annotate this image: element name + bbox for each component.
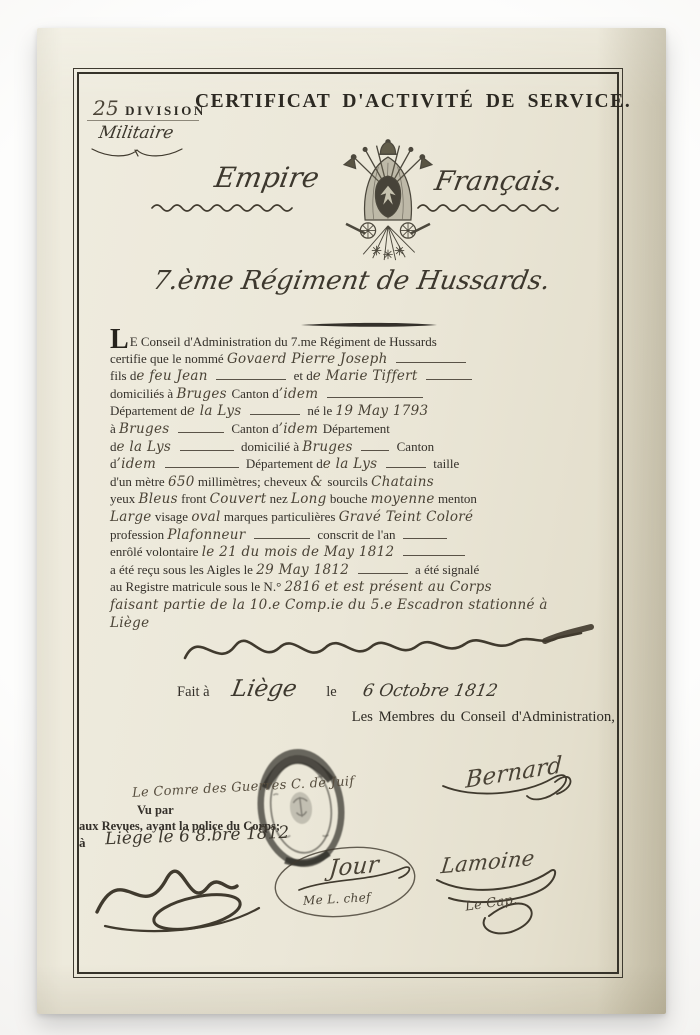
body-line: faisant partie de la 10.e Comp.ie du 5.e… <box>110 597 598 615</box>
tapered-divider-rule <box>299 321 439 329</box>
printed-form-text: né le <box>304 403 335 418</box>
blank-rule <box>386 456 426 468</box>
body-line: LE Conseil d'Administration du 7.me Régi… <box>110 333 598 351</box>
handwritten-entry: Bruges <box>176 386 231 402</box>
printed-form-text: enrôlé volontaire <box>110 544 202 559</box>
fait-a-line: Fait à Liège le 6 Octobre 1812 <box>177 676 497 702</box>
squiggle-underline-left <box>149 200 299 212</box>
empire-word: Empire <box>212 161 322 194</box>
handwritten-entry: 650 <box>168 474 195 490</box>
handwritten-entry: 19 May 1793 <box>336 403 429 419</box>
handwritten-entry: e feu Jean <box>136 368 212 384</box>
handwritten-entry: Bleus <box>139 491 178 507</box>
handwritten-entry: 29 May 1812 <box>256 562 354 578</box>
fait-place: Liège <box>229 676 298 702</box>
signature-center: Jour Me L. chef <box>267 840 427 926</box>
blank-rule <box>396 351 466 363</box>
handwritten-entry: Couvert <box>210 491 267 507</box>
body-line: profession Plafonneur conscrit de l'an <box>110 527 598 545</box>
printed-form-text: Canton d <box>228 421 279 436</box>
printed-form-text: millimètres; cheveux <box>195 474 311 489</box>
blank-rule <box>254 527 310 539</box>
body-line: au Registre matricule sous le N.° 2816 e… <box>110 579 598 597</box>
blank-rule <box>180 439 234 451</box>
printed-form-text: a été signalé <box>412 562 480 577</box>
handwritten-entry: moyenne <box>371 491 435 507</box>
printed-form-text: domiciliés à <box>110 386 176 401</box>
signature-right: Lamoine Le Cap. <box>427 844 587 940</box>
body-line: de la Lys domicilié à Bruges Canton <box>110 439 598 457</box>
division-underline <box>87 120 199 121</box>
certificate-body: LE Conseil d'Administration du 7.me Régi… <box>110 333 598 632</box>
blank-rule <box>250 403 300 415</box>
members-line: Les Membres du Conseil d'Administration, <box>37 709 615 726</box>
printed-form-text: et d <box>290 368 312 383</box>
blank-rule <box>327 386 423 398</box>
vu-par-line1: Vu par <box>137 803 280 818</box>
printed-form-text: d'un mètre <box>110 474 168 489</box>
handwritten-entry: Gravé Teint Coloré <box>339 509 474 525</box>
body-line: fils de feu Jean et de Marie Tiffert <box>110 368 598 386</box>
blank-rule <box>358 562 408 574</box>
handwritten-entry: 2816 et est présent au Corps <box>285 579 492 595</box>
printed-form-text: taille <box>430 456 459 471</box>
handwritten-entry: Large <box>110 509 152 525</box>
body-line: Département de la Lys né le 19 May 1793 <box>110 403 598 421</box>
body-line: enrôlé volontaire le 21 du mois de May 1… <box>110 544 598 562</box>
drop-cap: L <box>110 335 129 345</box>
signature-bernard: Bernard <box>437 752 587 814</box>
handwritten-entry: Govaerd Pierre Joseph <box>227 351 392 367</box>
printed-form-text: Département <box>323 421 390 436</box>
printed-form-text: Canton d <box>231 386 278 401</box>
handwritten-entry: Bruges <box>119 421 174 437</box>
printed-form-text: marques particulières <box>221 509 339 524</box>
printed-form-text: profession <box>110 527 167 542</box>
division-label: DIVISION <box>125 103 206 118</box>
signature-oval-flourish <box>267 840 427 926</box>
printed-form-text: Département d <box>110 403 187 418</box>
printed-form-text: menton <box>435 491 477 506</box>
body-line: d’idem Département de la Lys taille <box>110 456 598 474</box>
blank-rule <box>361 439 389 451</box>
printed-form-text: front <box>178 491 210 506</box>
blank-rule <box>165 456 239 468</box>
flourish-bracket <box>89 146 185 160</box>
pen-flourish <box>177 620 607 676</box>
fait-label: Fait à <box>177 684 210 700</box>
printed-form-text: Canton <box>393 439 434 454</box>
printed-form-text: conscrit de l'an <box>314 527 399 542</box>
division-number: 25 <box>93 96 119 120</box>
fait-date: 6 Octobre 1812 <box>361 681 499 701</box>
le-label: le <box>326 684 336 700</box>
printed-form-text: E Conseil d'Administration du 7.me Régim… <box>130 334 437 349</box>
printed-form-text: sourcils <box>327 474 371 489</box>
handwritten-entry: le 21 du mois de May 1812 <box>202 544 399 560</box>
handwritten-entry: Plafonneur <box>167 527 250 543</box>
printed-form-text: bouche <box>327 491 371 506</box>
handwritten-entry: Long <box>291 491 327 507</box>
handwritten-entry: ’idem <box>279 421 323 437</box>
printed-form-text: a été reçu sous les Aigles le <box>110 562 256 577</box>
printed-form-text: fils d <box>110 368 136 383</box>
handwritten-entry: faisant partie de la 10.e Comp.ie du 5.e… <box>110 597 548 613</box>
regiment-heading: 7.ème Régiment de Hussards. <box>34 266 668 296</box>
printed-form-text: visage <box>152 509 192 524</box>
body-line: Large visage oval marques particulières … <box>110 509 598 527</box>
body-line: à Bruges Canton d’idem Département <box>110 421 598 439</box>
blank-rule <box>216 368 286 380</box>
printed-form-text: yeux <box>110 491 139 506</box>
division-heading: 25DIVISION <box>93 96 206 120</box>
printed-form-text: nez <box>266 491 291 506</box>
handwritten-entry: e la Lys <box>187 403 246 419</box>
document-paper: 25DIVISION Militaire CERTIFICAT D'ACTIVI… <box>37 28 666 1014</box>
body-line: domiciliés à Bruges Canton d’idem <box>110 386 598 404</box>
francais-word: Français. <box>432 166 565 197</box>
handwritten-entry: oval <box>191 509 220 525</box>
body-line: certifie que le nommé Govaerd Pierre Jos… <box>110 351 598 369</box>
printed-form-text: domicilié à <box>238 439 303 454</box>
body-line: a été reçu sous les Aigles le 29 May 181… <box>110 562 598 580</box>
handwritten-entry: & <box>311 474 328 490</box>
handwritten-entry: Liège <box>110 615 149 631</box>
squiggle-underline-right <box>415 200 565 212</box>
handwritten-entry: e la Lys <box>323 456 382 472</box>
blank-rule <box>403 544 465 556</box>
signature-scrawl-left <box>87 850 272 938</box>
printed-form-text: Département d <box>243 456 323 471</box>
body-line: d'un mètre 650 millimètres; cheveux & so… <box>110 474 598 492</box>
handwritten-entry: ’idem <box>117 456 161 472</box>
handwritten-entry: ’idem <box>279 386 323 402</box>
blank-rule <box>178 421 224 433</box>
handwritten-entry: e Marie Tiffert <box>313 368 422 384</box>
blank-rule <box>426 368 472 380</box>
document-title: CERTIFICAT D'ACTIVITÉ DE SERVICE. <box>195 91 631 113</box>
signature-center-name: Jour <box>328 852 380 883</box>
handwritten-entry: Bruges <box>302 439 357 455</box>
handwritten-entry: e la Lys <box>117 439 176 455</box>
body-line: yeux Bleus front Couvert nez Long bouche… <box>110 491 598 509</box>
blank-rule <box>403 527 447 539</box>
imperial-eagle-emblem-icon <box>340 138 436 262</box>
printed-form-text: au Registre matricule sous le N.° <box>110 579 285 594</box>
division-handwritten: Militaire <box>97 123 175 143</box>
printed-form-text: à <box>110 421 119 436</box>
handwritten-entry: Chatains <box>371 474 434 490</box>
